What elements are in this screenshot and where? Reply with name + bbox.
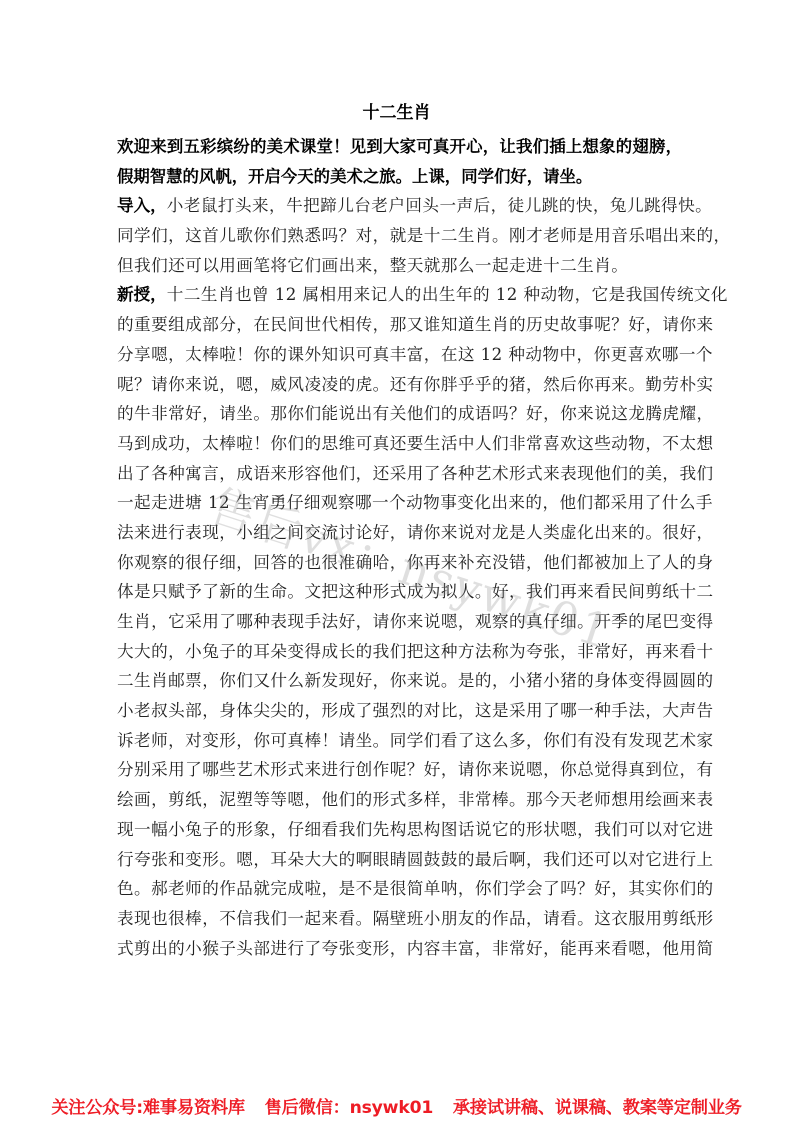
section-new-label: 新授， xyxy=(117,285,167,304)
footer-after-sales: 售后微信：nsywk01 xyxy=(265,1098,433,1118)
paragraph-line: 分享嗯，太棒啦！你的课外知识可真丰富，在这 12 种动物中，你更喜欢哪一个 xyxy=(117,340,682,370)
footer-services: 承接试讲稿、说课稿、教案等定制业务 xyxy=(453,1098,742,1118)
paragraph-line: 法来进行表现，小组之间交流讨论好，请你来说对龙是人类虚化出来的。很好， xyxy=(117,518,682,548)
paragraph-line: 式剪出的小猴子头部进行了夸张变形，内容丰富，非常好，能再来看嗯，他用简 xyxy=(117,934,682,964)
paragraph-line: 呢？请你来说，嗯，威风凌凌的虎。还有你胖乎乎的猪，然后你再来。勤劳朴实 xyxy=(117,370,682,400)
section-new-text: 十二生肖也曾 12 属相用来记人的出生年的 12 种动物，它是我国传统文化 xyxy=(167,285,728,304)
footer-wechat-public: 关注公众号:难事易资料库 xyxy=(51,1098,245,1118)
section-new-first-line: 新授，十二生肖也曾 12 属相用来记人的出生年的 12 种动物，它是我国传统文化 xyxy=(117,280,682,310)
paragraph-line: 的牛非常好，请坐。那你们能说出有关他们的成语吗？好，你来说这龙腾虎耀， xyxy=(117,399,682,429)
paragraph-line: 出了各种寓言，成语来形容他们，还采用了各种艺术形式来表现他们的美，我们 xyxy=(117,459,682,489)
paragraph-line: 马到成功，太棒啦！你们的思维可真还要生活中人们非常喜欢这些动物，不太想 xyxy=(117,429,682,459)
paragraph-line: 绘画，剪纸，泥塑等等嗯，他们的形式多样，非常棒。那今天老师想用绘画来表 xyxy=(117,785,682,815)
paragraph-line: 你观察的很仔细，回答的也很准确哈，你再来补充没错，他们都被加上了人的身 xyxy=(117,548,682,578)
paragraph-line: 行夸张和变形。嗯，耳朵大大的啊眼睛圆鼓鼓的最后啊，我们还可以对它进行上 xyxy=(117,845,682,875)
intro-line: 欢迎来到五彩缤纷的美术课堂！见到大家可真开心，让我们插上想象的翅膀， xyxy=(117,132,682,162)
paragraph-line: 二生肖邮票，你们又什么新发现好，你来说。是的，小猪小猪的身体变得圆圆的 xyxy=(117,666,682,696)
document-page: 十二生肖 欢迎来到五彩缤纷的美术课堂！见到大家可真开心，让我们插上想象的翅膀， … xyxy=(0,0,793,1122)
paragraph-line: 生肖，它采用了哪种表现手法好，请你来说嗯，观察的真仔细。开季的尾巴变得 xyxy=(117,607,682,637)
paragraph-line: 诉老师，对变形，你可真棒！请坐。同学们看了这么多，你们有没有发现艺术家 xyxy=(117,726,682,756)
section-import-text: 小老鼠打头来，牛把蹄儿台老户回头一声后，徒儿跳的快，兔儿跳得快。 xyxy=(167,196,712,215)
promo-footer: 关注公众号:难事易资料库 售后微信：nsywk01 承接试讲稿、说课稿、教案等定… xyxy=(0,1095,793,1121)
paragraph-line: 色。郝老师的作品就完成啦，是不是很简单呐，你们学会了吗？好，其实你们的 xyxy=(117,874,682,904)
paragraph-line: 体是只赋予了新的生命。文把这种形式成为拟人。好，我们再来看民间剪纸十二 xyxy=(117,577,682,607)
paragraph-line: 但我们还可以用画笔将它们画出来，整天就那么一起走进十二生肖。 xyxy=(117,251,682,281)
paragraph-line: 大大的，小兔子的耳朵变得成长的我们把这种方法称为夸张，非常好，再来看十 xyxy=(117,637,682,667)
paragraph-line: 分别采用了哪些艺术形式来进行创作呢？好，请你来说嗯，你总觉得真到位，有 xyxy=(117,755,682,785)
document-body: 欢迎来到五彩缤纷的美术课堂！见到大家可真开心，让我们插上想象的翅膀， 假期智慧的… xyxy=(117,132,682,963)
paragraph-line: 小老叔头部，身体尖尖的，形成了强烈的对比，这是采用了哪一种手法，大声告 xyxy=(117,696,682,726)
paragraph-line: 现一幅小兔子的形象，仔细看我们先构思构图话说它的形状嗯，我们可以对它进 xyxy=(117,815,682,845)
intro-line: 假期智慧的风帆，开启今天的美术之旅。上课，同学们好，请坐。 xyxy=(117,162,682,192)
paragraph-line: 的重要组成部分，在民间世代相传，那又谁知道生肖的历史故事呢？好，请你来 xyxy=(117,310,682,340)
document-title: 十二生肖 xyxy=(0,100,793,126)
section-import-label: 导入， xyxy=(117,196,167,215)
section-import-first-line: 导入，小老鼠打头来，牛把蹄儿台老户回头一声后，徒儿跳的快，兔儿跳得快。 xyxy=(117,191,682,221)
paragraph-line: 同学们，这首儿歌你们熟悉吗？对，就是十二生肖。刚才老师是用音乐唱出来的， xyxy=(117,221,682,251)
paragraph-line: 表现也很棒，不信我们一起来看。隔壁班小朋友的作品，请看。这衣服用剪纸形 xyxy=(117,904,682,934)
paragraph-line: 一起走进塘 12 生宵勇仔细观察哪一个动物事变化出来的，他们都采用了什么手 xyxy=(117,488,682,518)
